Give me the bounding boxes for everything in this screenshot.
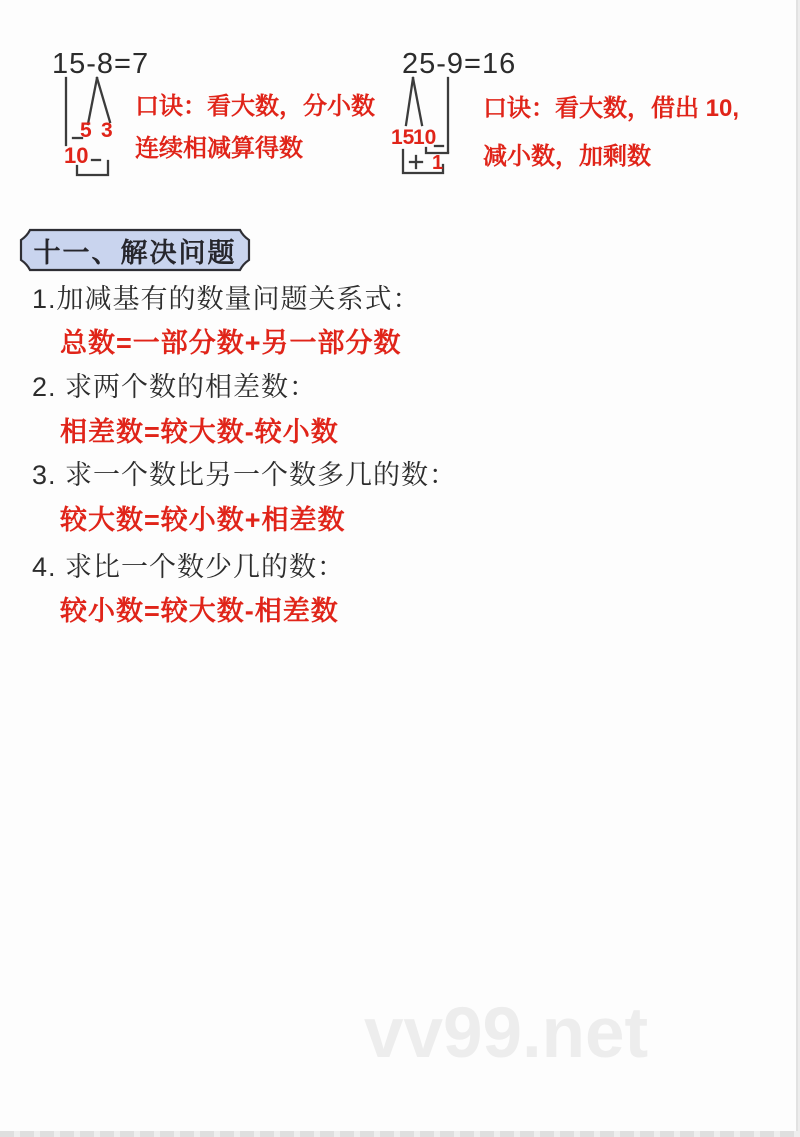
formula-1: 总数=一部分数+另一部分数	[60, 327, 402, 359]
formula-2: 相差数=较大数-较小数	[60, 416, 339, 448]
question-1: 1.加减基有的数量问题关系式：	[32, 283, 421, 315]
mnemonic-2-line1: 口诀：看大数，借出 10,	[483, 94, 739, 124]
question-2: 2. 求两个数的相差数：	[32, 371, 317, 403]
document-page: 15-8=7 5 3 10 口诀：看大数，分小数 连续相减算得数 25-9=16	[0, 0, 798, 1131]
mnemonic-1-line1: 口诀：看大数，分小数	[135, 92, 375, 122]
split-part-right-2: 10	[413, 127, 436, 149]
split-part-right-1: 3	[101, 120, 113, 142]
remainder-2: 1	[432, 152, 443, 174]
mnemonic-1: 口诀：看大数，分小数 连续相减算得数	[135, 92, 375, 164]
question-3: 3. 求一个数比另一个数多几的数：	[32, 459, 457, 491]
formula-4: 较小数=较大数-相差数	[60, 595, 339, 627]
question-4: 4. 求比一个数少几的数：	[32, 551, 345, 583]
section-heading: 十一、解决问题	[18, 227, 252, 273]
bottom-edge-strip	[0, 1131, 800, 1137]
mnemonic-1-line2: 连续相减算得数	[135, 134, 375, 164]
mnemonic-2: 口诀：看大数，借出 10, 减小数，加剩数	[483, 94, 739, 172]
mnemonic-2-line2: 减小数，加剩数	[483, 142, 739, 172]
intermediate-result-1: 10	[64, 145, 88, 167]
section-title: 十一、解决问题	[18, 227, 252, 273]
split-part-left-2: 15	[391, 127, 414, 149]
split-part-left-1: 5	[80, 120, 92, 142]
watermark: vv99.net	[364, 993, 648, 1074]
formula-3: 较大数=较小数+相差数	[60, 504, 346, 536]
